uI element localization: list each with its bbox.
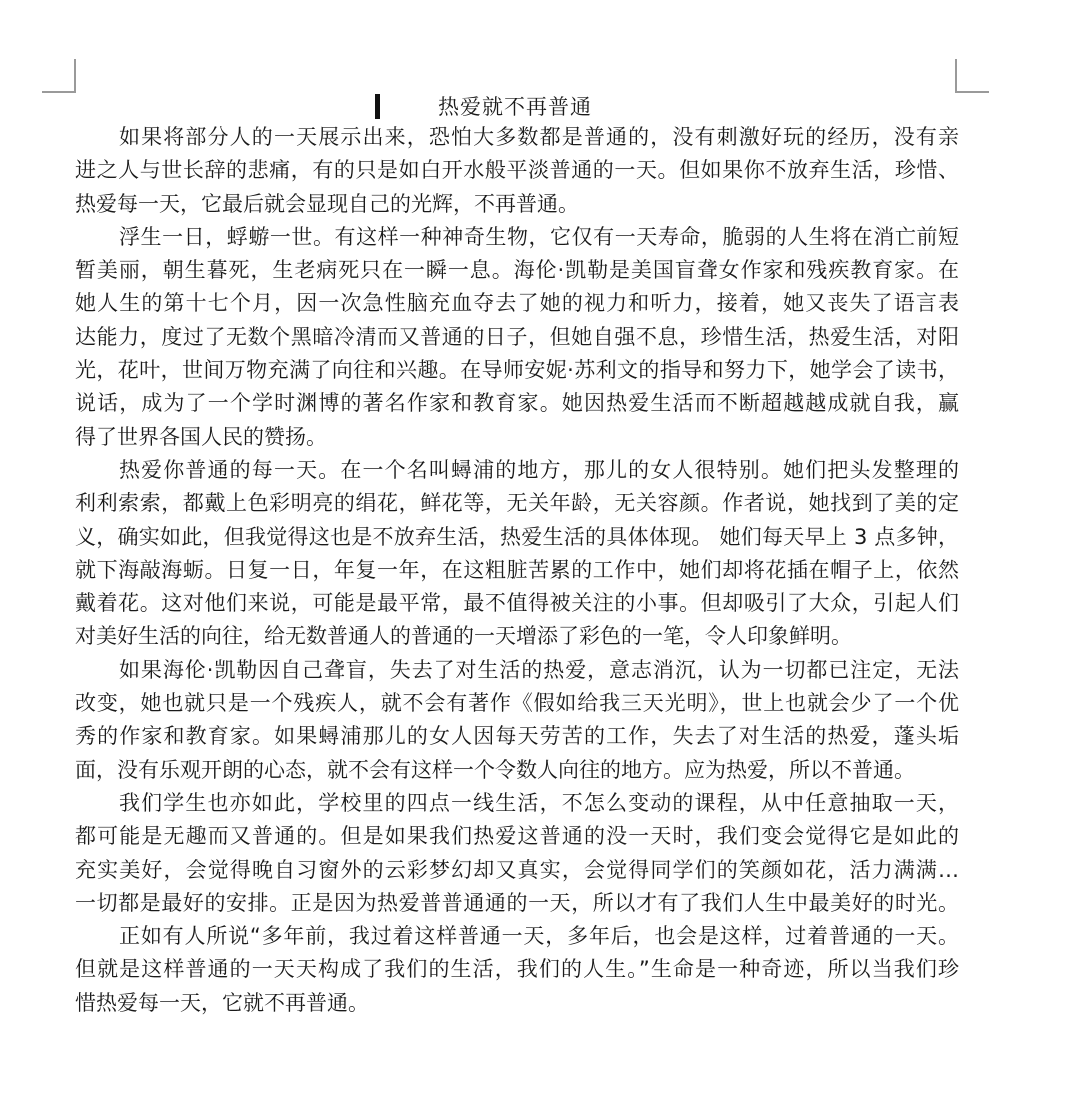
paragraph-3[interactable]: 热爱你普通的每一天。在一个名叫蟳浦的地方，那儿的女人很特别。她们把头发整理的 利… (75, 454, 959, 654)
text-line: 如果海伦·凯勒因自己聋盲，失去了对生活的热爱，意志消沉，认为一切都已注定，无法 (75, 654, 959, 687)
text-line: 利利索索，都戴上色彩明亮的绢花，鲜花等，无关年龄，无关容颜。作者说，她找到了美的… (75, 487, 959, 520)
document-body[interactable]: 如果将部分人的一天展示出来，恐怕大多数都是普通的，没有刺激好玩的经历，没有亲 进… (75, 121, 959, 1020)
text-line: 热爱每一天，它最后就会显现自己的光辉，不再普通。 (75, 188, 959, 221)
document-title[interactable]: 热爱就不再普通 (0, 92, 1030, 122)
text-line: 浮生一日，蜉蝣一世。有这样一种神奇生物，它仅有一天寿命，脆弱的人生将在消亡前短 (75, 221, 959, 254)
paragraph-2[interactable]: 浮生一日，蜉蝣一世。有这样一种神奇生物，它仅有一天寿命，脆弱的人生将在消亡前短 … (75, 221, 959, 454)
text-line: 都可能是无趣而又普通的。但是如果我们热爱这普通的没一天时，我们变会觉得它是如此的 (75, 820, 959, 853)
text-line: 说话，成为了一个学时渊博的著名作家和教育家。她因热爱生活而不断超越越成就自我，赢 (75, 387, 959, 420)
text-line: 就下海敲海蛎。日复一日，年复一年，在这粗脏苦累的工作中，她们却将花插在帽子上，依… (75, 554, 959, 587)
paragraph-4[interactable]: 如果海伦·凯勒因自己聋盲，失去了对生活的热爱，意志消沉，认为一切都已注定，无法 … (75, 654, 959, 787)
text-line: 面，没有乐观开朗的心态，就不会有这样一个令数人向往的地方。应为热爱，所以不普通。 (75, 754, 959, 787)
text-line: 我们学生也亦如此，学校里的四点一线生活，不怎么变动的课程，从中任意抽取一天， (75, 787, 959, 820)
text-line: 但就是这样普通的一天天构成了我们的生活，我们的人生。”生命是一种奇迹，所以当我们… (75, 953, 959, 986)
paragraph-5[interactable]: 我们学生也亦如此，学校里的四点一线生活，不怎么变动的课程，从中任意抽取一天， 都… (75, 787, 959, 920)
text-line: 达能力，度过了无数个黑暗冷清而又普通的日子，但她自强不息，珍惜生活，热爱生活，对… (75, 321, 959, 354)
text-line: 一切都是最好的安排。正是因为热爱普普通通的一天，所以才有了我们人生中最美好的时光… (75, 887, 959, 920)
paragraph-6[interactable]: 正如有人所说“多年前，我过着这样普通一天，多年后，也会是这样，过着普通的一天。 … (75, 920, 959, 1020)
text-line: 秀的作家和教育家。如果蟳浦那儿的女人因每天劳苦的工作，失去了对生活的热爱，蓬头垢 (75, 720, 959, 753)
page-corner-mark-top-right (955, 59, 989, 93)
text-line: 光，花叶，世间万物充满了向往和兴趣。在导师安妮·苏利文的指导和努力下，她学会了读… (75, 354, 959, 387)
text-line: 对美好生活的向往，给无数普通人的普通的一天增添了彩色的一笔，令人印象鲜明。 (75, 620, 959, 653)
text-line: 她人生的第十七个月，因一次急性脑充血夺去了她的视力和听力，接着，她又丧失了语言表 (75, 287, 959, 320)
text-line: 改变，她也就只是一个残疾人，就不会有著作《假如给我三天光明》，世上也就会少了一个… (75, 687, 959, 720)
text-line: 如果将部分人的一天展示出来，恐怕大多数都是普通的，没有刺激好玩的经历，没有亲 (75, 121, 959, 154)
text-line: 暂美丽，朝生暮死，生老病死只在一瞬一息。海伦·凯勒是美国盲聋女作家和残疾教育家。… (75, 254, 959, 287)
text-line: 充实美好，会觉得晚自习窗外的云彩梦幻却又真实，会觉得同学们的笑颜如花，活力满满… (75, 854, 959, 887)
text-line: 义，确实如此，但我觉得这也是不放弃生活，热爱生活的具体体现。 她们每天早上 3 … (75, 521, 959, 554)
text-line: 戴着花。这对他们来说，可能是最平常，最不值得被关注的小事。但却吸引了大众，引起人… (75, 587, 959, 620)
text-line: 热爱你普通的每一天。在一个名叫蟳浦的地方，那儿的女人很特别。她们把头发整理的 (75, 454, 959, 487)
text-line: 惜热爱每一天，它就不再普通。 (75, 987, 959, 1020)
text-line: 得了世界各国人民的赞扬。 (75, 421, 959, 454)
text-line: 正如有人所说“多年前，我过着这样普通一天，多年后，也会是这样，过着普通的一天。 (75, 920, 959, 953)
page-corner-mark-top-left (42, 59, 76, 93)
paragraph-1[interactable]: 如果将部分人的一天展示出来，恐怕大多数都是普通的，没有刺激好玩的经历，没有亲 进… (75, 121, 959, 221)
text-line: 进之人与世长辞的悲痛，有的只是如白开水般平淡普通的一天。但如果你不放弃生活，珍惜… (75, 154, 959, 187)
